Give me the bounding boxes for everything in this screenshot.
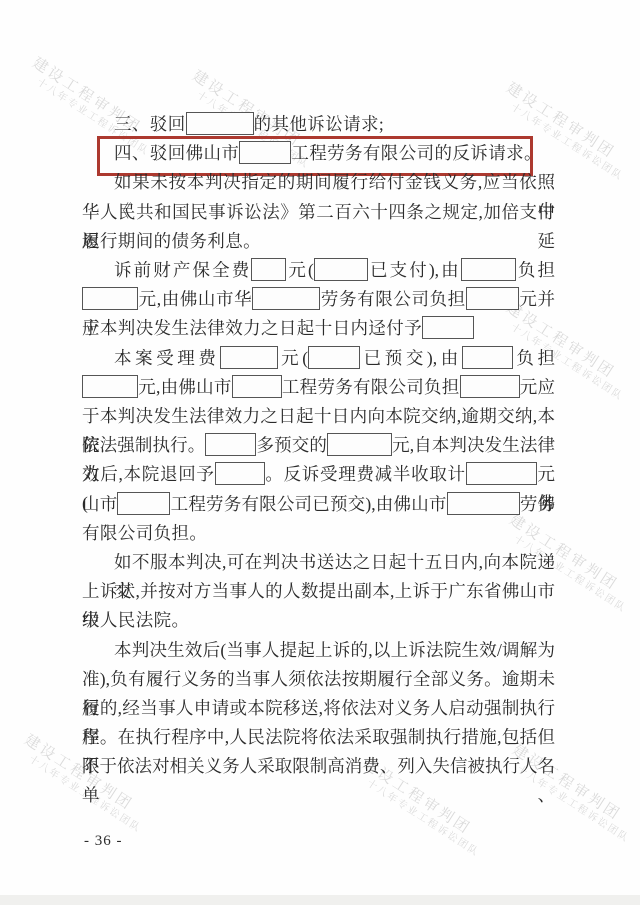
text-line: 行的,经当事人申请或本院移送,将依法对义务人启动强制执行程	[82, 694, 555, 723]
redaction-box	[308, 346, 360, 369]
text-segment: 元(	[286, 260, 314, 280]
document-page: 建设工程审判团十八年专业工程诉讼团队建设工程审判团十八年专业工程诉讼团队建设工程…	[0, 0, 640, 905]
text-segment: 级人民法院。	[82, 610, 189, 630]
text-line: 华人民共和国民事诉讼法》第二百六十四条之规定,加倍支付迟延	[82, 198, 555, 227]
text-segment: 。反诉受理费减半收取计	[265, 464, 466, 484]
text-line: 如果未按本判决指定的期间履行给付金钱义务,应当依照《中	[82, 168, 555, 197]
text-line: 力后,本院退回予。反诉受理费减半收取计元(佛	[82, 460, 555, 489]
redaction-box	[232, 375, 282, 398]
text-segment: 元(	[278, 348, 309, 368]
redaction-box	[422, 316, 474, 339]
text-segment: 三、驳回	[114, 114, 186, 134]
text-segment: 工程劳务有限公司的反诉请求。	[291, 143, 542, 163]
text-segment: 有限公司负担。	[82, 523, 207, 543]
text-segment: 劳务有限公司负担	[320, 289, 466, 309]
text-line: 于本判决发生法律效力之日起十日内向本院交纳,逾期交纳,本院	[82, 402, 555, 431]
redaction-box	[466, 462, 537, 485]
text-line: 于本判决发生法律效力之日起十日内迳付予	[82, 314, 555, 343]
text-segment: 履行期间的债务利息。	[82, 231, 261, 251]
text-segment: 工程劳务有限公司负担	[282, 377, 460, 397]
redaction-box	[215, 462, 265, 485]
redaction-box	[461, 258, 516, 281]
text-line: 准),负有履行义务的当事人须依法按期履行全部义务。逾期未履	[82, 665, 555, 694]
page-number: - 36 -	[84, 833, 123, 850]
text-segment: 的其他诉讼请求;	[254, 114, 385, 134]
text-segment: 多预交的	[256, 435, 327, 455]
text-line: 本案受理费元(已预交),由负担	[82, 344, 555, 373]
text-line: 本判决生效后(当事人提起上诉的,以上诉法院生效/调解为	[82, 636, 555, 665]
text-segment: 依法强制执行。	[82, 435, 205, 455]
text-segment: 劳务	[520, 494, 555, 514]
text-segment: 工程劳务有限公司已预交),由佛山市	[170, 494, 446, 514]
text-segment: 本判决生效后(当事人提起上诉的,以上诉法院生效/调解为	[114, 640, 555, 660]
text-line: 限于依法对相关义务人采取限制高消费、列入失信被执行人名单、	[82, 752, 555, 781]
text-segment: 四、驳回佛山市	[114, 143, 239, 163]
redaction-box	[117, 492, 170, 515]
text-line: 如不服本判决,可在判决书送达之日起十五日内,向本院递交	[82, 548, 555, 577]
text-segment: 于本判决发生法律效力之日起十日内迳付予	[82, 318, 422, 338]
text-line: 履行期间的债务利息。	[82, 227, 555, 256]
text-segment: 负担	[513, 348, 555, 368]
redaction-box	[186, 112, 254, 135]
text-line: 诉前财产保全费元(已支付),由负担	[82, 256, 555, 285]
redaction-box	[314, 258, 368, 281]
redaction-box	[82, 287, 138, 310]
text-segment: 力后,本院退回予	[82, 464, 215, 484]
redaction-box	[327, 433, 392, 456]
text-segment: 诉前财产保全费	[114, 260, 251, 280]
highlighted-text-line: 四、驳回佛山市工程劳务有限公司的反诉请求。	[82, 139, 555, 168]
text-segment: 山市	[82, 494, 117, 514]
text-segment: 元,由佛山市	[138, 377, 232, 397]
redaction-box	[251, 258, 286, 281]
text-line: 序。在执行程序中,人民法院将依法采取强制执行措施,包括但不	[82, 723, 555, 752]
text-line: 有限公司负担。	[82, 519, 555, 548]
text-segment: 负担	[516, 260, 555, 280]
text-line: 三、驳回的其他诉讼请求;	[82, 110, 555, 139]
page-edge-strip	[0, 895, 640, 905]
redaction-box	[462, 346, 513, 369]
redaction-box	[220, 346, 278, 369]
redaction-box	[460, 375, 520, 398]
text-segment: 元,由佛山市华	[138, 289, 252, 309]
text-line: 元,由佛山市工程劳务有限公司负担元应	[82, 373, 555, 402]
text-line: 上诉状,并按对方当事人的人数提出副本,上诉于广东省佛山市中	[82, 577, 555, 606]
text-segment: 已支付),由	[368, 260, 461, 280]
redaction-box	[466, 287, 519, 310]
redaction-box	[252, 287, 320, 310]
text-segment: 限于依法对相关义务人采取限制高消费、列入失信被执行人名单、	[82, 756, 555, 805]
redaction-box	[205, 433, 256, 456]
text-segment: 本案受理费	[114, 348, 220, 368]
redaction-box	[239, 141, 291, 164]
redaction-box	[82, 375, 138, 398]
text-line: 依法强制执行。多预交的元,自本判决发生法律效	[82, 431, 555, 460]
text-segment: 已预交),由	[360, 348, 462, 368]
redaction-box	[447, 492, 520, 515]
text-segment: 元应	[520, 377, 556, 397]
text-line: 级人民法院。	[82, 606, 555, 635]
text-line: 元,由佛山市华劳务有限公司负担元并应	[82, 285, 555, 314]
text-line: 山市工程劳务有限公司已预交),由佛山市劳务	[82, 490, 555, 519]
